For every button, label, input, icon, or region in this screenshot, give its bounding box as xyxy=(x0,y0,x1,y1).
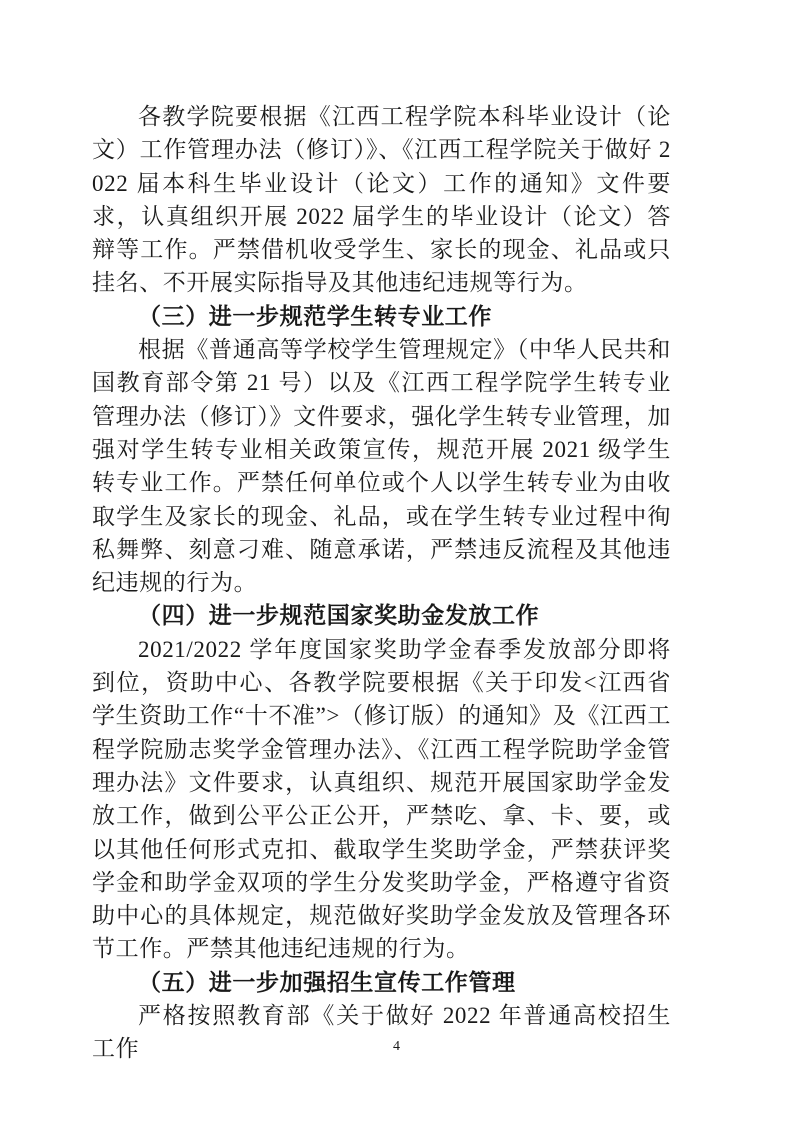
paragraph-graduation-design: 各教学院要根据《江西工程学院本科毕业设计（论文）工作管理办法（修订）》、《江西工… xyxy=(92,100,671,300)
paragraph-section-4-scholarship: 2021/2022 学年度国家奖助学金春季发放部分即将到位，资助中心、各教学院要… xyxy=(92,633,671,966)
heading-section-3: （三）进一步规范学生转专业工作 xyxy=(92,300,671,333)
document-page: 各教学院要根据《江西工程学院本科毕业设计（论文）工作管理办法（修订）》、《江西工… xyxy=(0,0,793,1122)
heading-section-5: （五）进一步加强招生宣传工作管理 xyxy=(92,966,671,999)
page-content: 各教学院要根据《江西工程学院本科毕业设计（论文）工作管理办法（修订）》、《江西工… xyxy=(92,100,671,1066)
heading-section-4: （四）进一步规范国家奖助金发放工作 xyxy=(92,599,671,632)
page-number: 4 xyxy=(0,1039,793,1055)
paragraph-section-3-major-transfer: 根据《普通高等学校学生管理规定》（中华人民共和国教育部令第 21 号）以及《江西… xyxy=(92,333,671,599)
paragraph-section-5-admissions: 严格按照教育部《关于做好 2022 年普通高校招生工作 xyxy=(92,999,671,1066)
